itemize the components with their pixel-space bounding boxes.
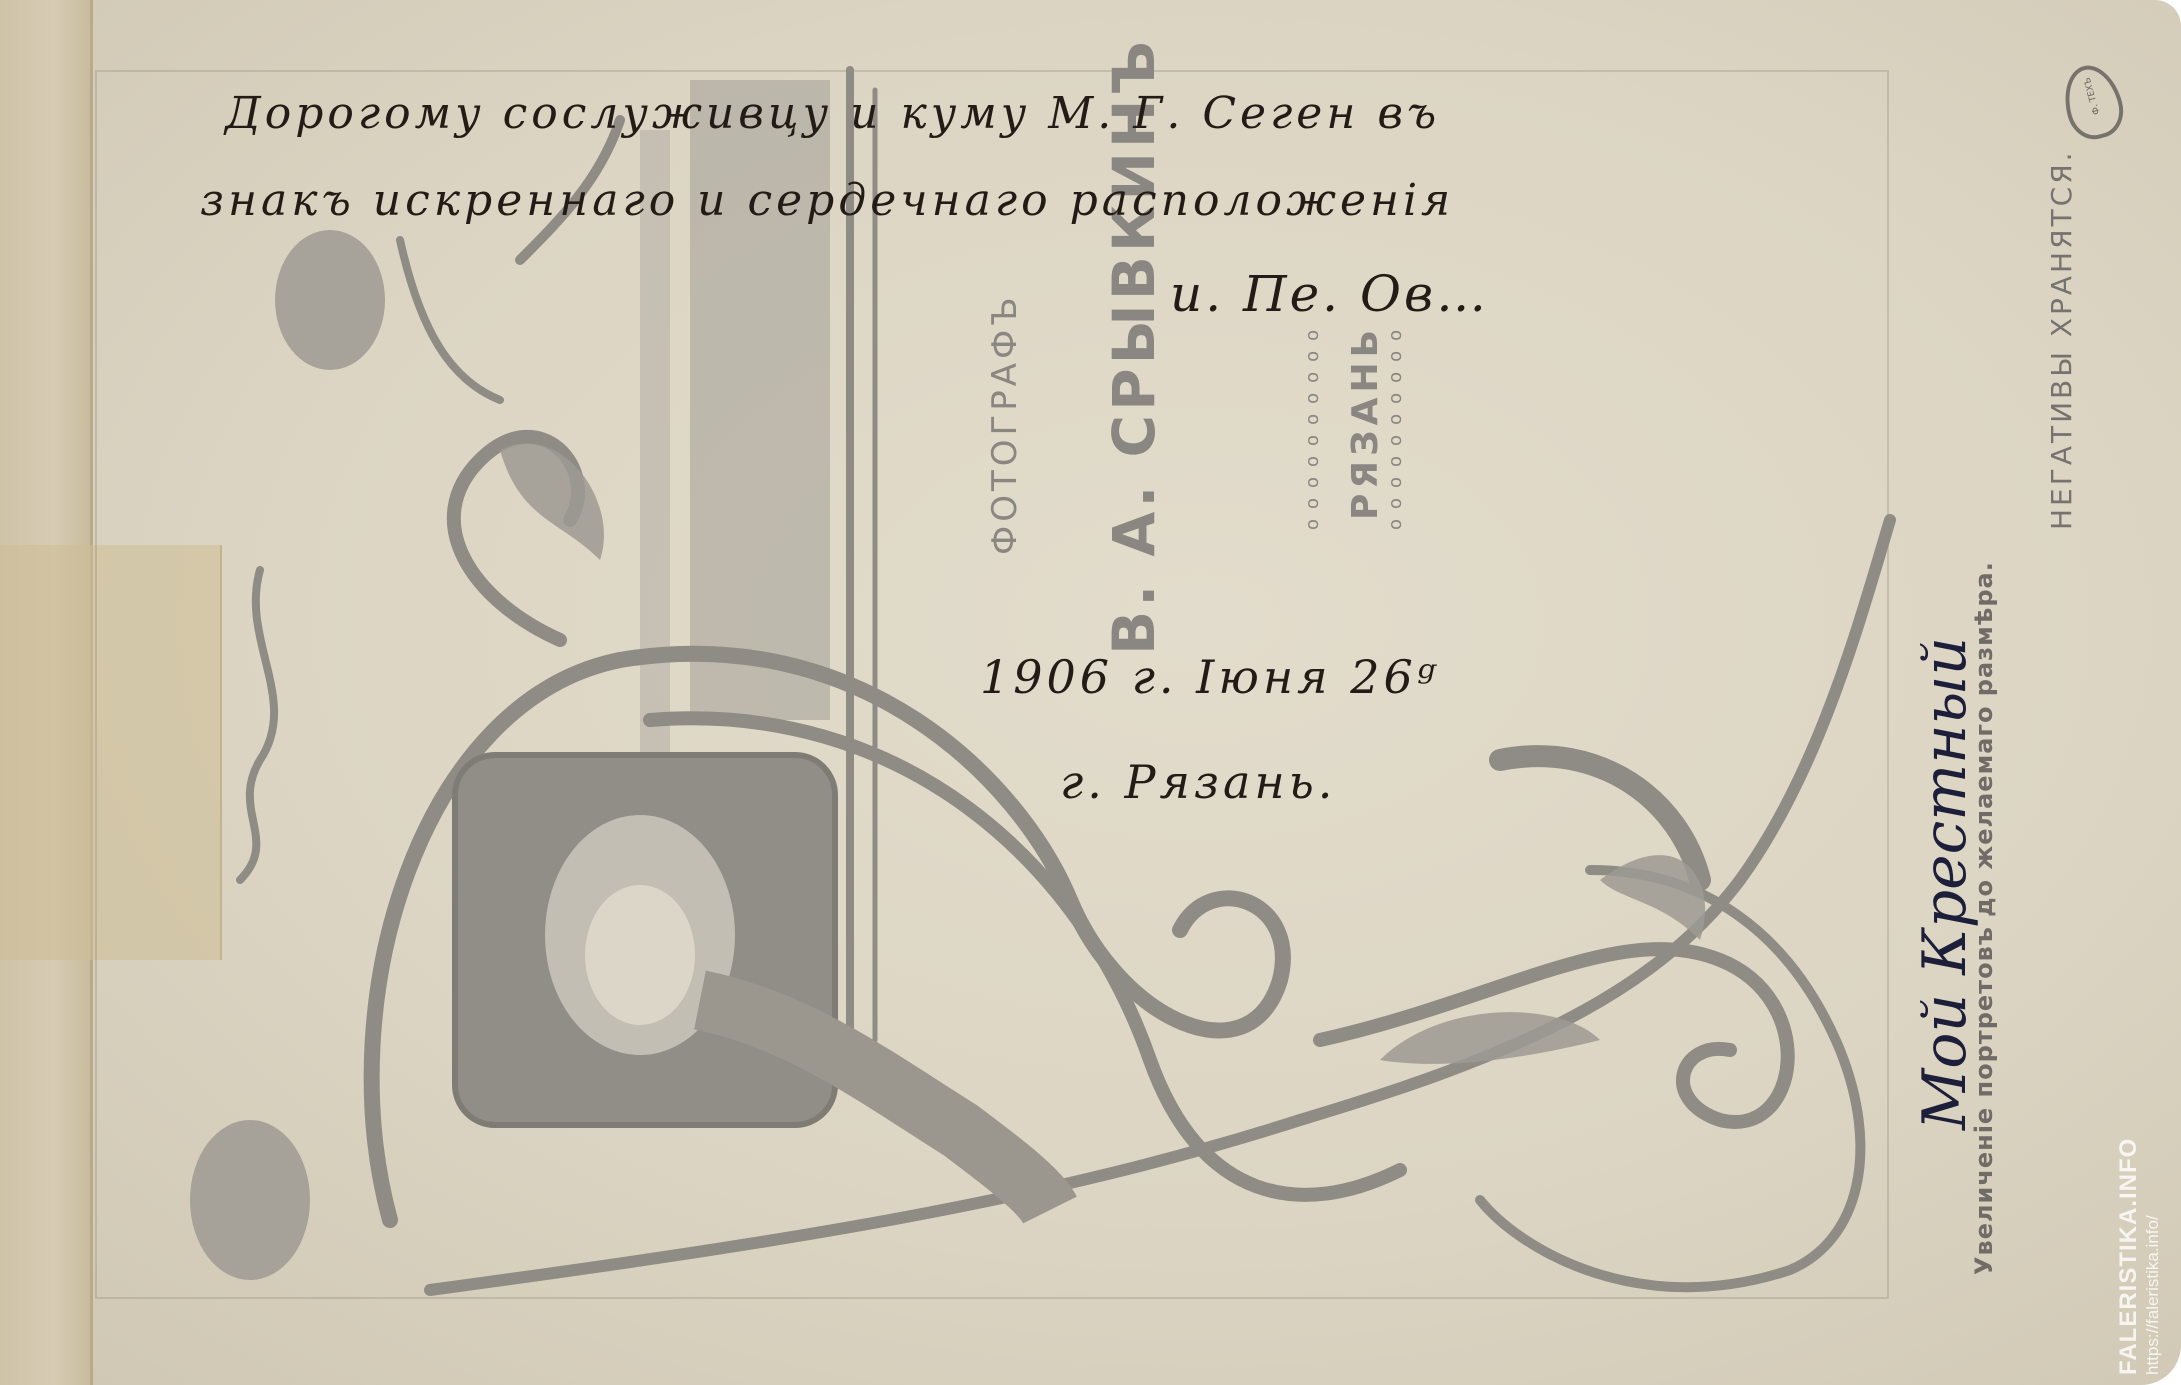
photographer-label: ФОТОГРАФЪ [985, 293, 1025, 555]
studio-city: РЯЗАНЬ [1345, 325, 1386, 520]
handwritten-city: г. Рязань. [1060, 755, 1336, 809]
negatives-note: НЕГАТИВЫ ХРАНЯТСЯ. [2045, 149, 2078, 530]
watermark-title: FALERISTIKA.INFO [2115, 1138, 2143, 1375]
margin-note: Мой Крестный [1910, 637, 1980, 1130]
signature: и. Пе. Ов… [1170, 265, 1489, 323]
dot-row: oooooooooo [1385, 320, 1406, 530]
dedication-line-1: Дорогому сослуживцу и куму М. Г. Сеген в… [225, 88, 1440, 139]
watermark: FALERISTIKA.INFO https://faleristika.inf… [2115, 1138, 2163, 1375]
dot-row: oooooooooo [1302, 320, 1323, 530]
dedication-line-2: знакъ искреннаго и сердечнаго расположен… [200, 175, 1454, 226]
stamp-text: Ф. ТЕХЪ [2083, 76, 2103, 116]
watermark-url: https://faleristika.info/ [2143, 1138, 2163, 1375]
cabinet-card-back: ФОТОГРАФЪ В. А. СРЫВКИНЪ oooooooooo РЯЗА… [0, 0, 2181, 1385]
handwritten-date: 1906 г. Іюня 26ᵍ [980, 650, 1439, 704]
